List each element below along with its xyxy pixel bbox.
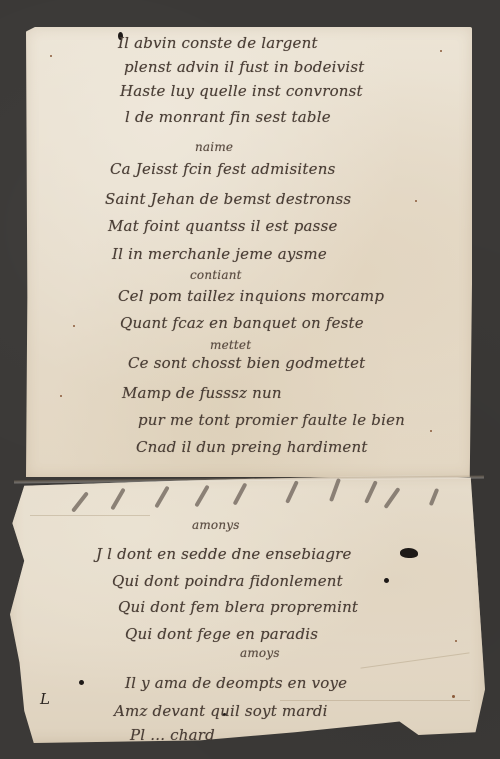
text-line: Mamp de fusssz nun	[122, 384, 282, 402]
tally-mark	[71, 491, 89, 512]
text-line: Saint Jehan de bemst destronss	[105, 190, 351, 208]
text-line: Amz devant quil soyt mardi	[114, 702, 328, 720]
text-line: amoys	[240, 646, 280, 660]
text-line: pur me tont promier faulte le bien	[138, 411, 405, 429]
text-line: Qui dont fem blera propremint	[118, 598, 358, 616]
tally-mark	[110, 488, 125, 511]
text-line: Il y ama de deompts en voye	[125, 674, 347, 692]
text-line: J l dont en sedde dne ensebiagre	[96, 545, 352, 563]
text-line: Ce sont chosst bien godmettet	[128, 354, 365, 372]
text-line: Mat foint quantss il est passe	[108, 217, 338, 235]
text-line: plenst advin il fust in bodeivist	[124, 58, 364, 76]
tally-mark	[329, 478, 341, 502]
text-line: naime	[195, 140, 233, 154]
text-line: Qui dont poindra fidonlement	[112, 572, 343, 590]
tally-mark	[233, 482, 248, 505]
text-line: amonys	[192, 518, 240, 532]
text-line: Il in merchanle jeme aysme	[112, 245, 327, 263]
margin-mark: L	[40, 690, 50, 708]
text-line: contiant	[190, 268, 242, 282]
text-line: Il abvin conste de largent	[118, 34, 318, 52]
tally-mark	[154, 486, 169, 509]
tally-mark	[194, 485, 209, 508]
text-line: Quant fcaz en banquet on feste	[120, 314, 364, 332]
text-line: Qui dont fege en paradis	[125, 625, 318, 643]
text-line: Cnad il dun preing hardiment	[136, 438, 368, 456]
tally-mark	[364, 480, 378, 503]
text-line: Pl ... chard	[130, 726, 215, 744]
text-line: Cel pom taillez inquions morcamp	[118, 287, 384, 305]
text-line: Haste luy quelle inst convronst	[120, 82, 363, 100]
text-line: mettet	[210, 338, 251, 352]
tally-mark	[383, 487, 400, 509]
tally-mark	[429, 488, 439, 506]
text-line: Ca Jeisst fcin fest admisitens	[110, 160, 336, 178]
tally-mark	[285, 480, 299, 503]
manuscript-text: Il abvin conste de largent plenst advin …	[0, 0, 500, 759]
text-line: l de monrant fin sest table	[125, 108, 331, 126]
